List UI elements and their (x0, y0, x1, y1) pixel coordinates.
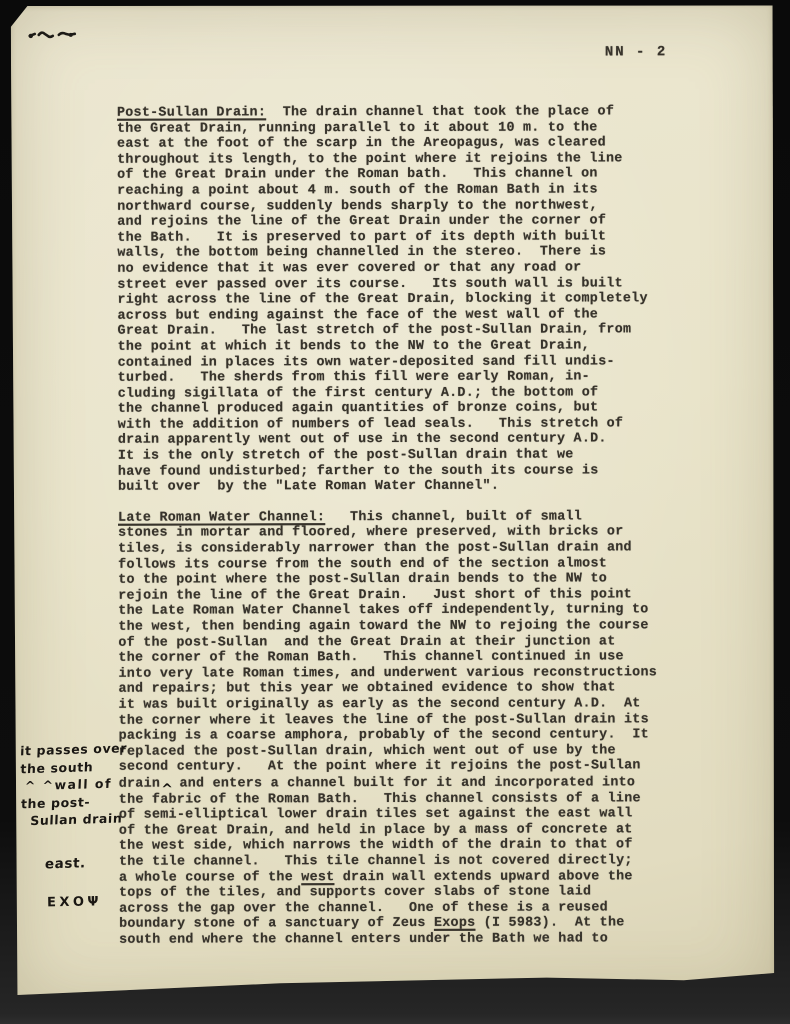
text-line: to the point where the post-Sullan drain… (118, 571, 738, 588)
page-number: NN - 2 (605, 44, 667, 60)
text-line: it was built originally as early as the … (119, 696, 739, 713)
paragraph-post-sullan-drain: Post-Sullan Drain: The drain channel tha… (117, 104, 738, 495)
margin-note-east: east. (45, 855, 87, 872)
text-line: east at the foot of the scarp in the Are… (117, 135, 737, 152)
text-line: the corner of the Roman Bath. This chann… (118, 649, 738, 666)
text-line: reaching a point about 4 m. south of the… (117, 182, 737, 199)
text-line: drain^ and enters a channel built for it… (119, 774, 739, 792)
text-line: of the post-Sullan and the Great Drain a… (118, 634, 738, 651)
text-line: across the gap over the channel. One of … (119, 900, 739, 917)
text-line: no evidence that it was ever covered or … (117, 260, 737, 277)
text-line: the tile channel. This tile channel is n… (119, 853, 739, 870)
text-line: packing is a coarse amphora, probably of… (119, 727, 739, 744)
text-line: the Late Roman Water Channel takes off i… (118, 603, 738, 620)
text-line: throughout its length, to the point wher… (117, 151, 737, 168)
text-line: the west, then bending again toward the … (118, 618, 738, 635)
document-page: NN - 2 Post-Sullan Drain: The drain chan… (11, 4, 776, 1006)
text-line: of the Great Drain, and held in place by… (119, 822, 739, 839)
text-line: have found undisturbed; farther to the s… (118, 463, 738, 480)
ink-scribble-mark (27, 26, 91, 44)
text-line: It is the only stretch of the post-Sulla… (118, 447, 738, 464)
text-line: it passes over (20, 739, 131, 760)
text-line: northward course, suddenly bends sharply… (117, 198, 737, 215)
text-line: into very late Roman times, and underwen… (118, 665, 738, 682)
text-line: cluding sigillata of the first century A… (118, 385, 738, 402)
text-line: stones in mortar and floored, where pres… (118, 525, 738, 542)
paragraph-late-roman-water-channel: Late Roman Water Channel: This channel, … (118, 509, 739, 948)
scan-background: NN - 2 Post-Sullan Drain: The drain chan… (0, 0, 790, 1024)
text-line: the Bath. It is preserved to part of its… (117, 229, 737, 246)
text-line: Late Roman Water Channel: This channel, … (118, 509, 738, 526)
text-line: tiles, is considerably narrower than the… (118, 540, 738, 557)
text-line: south end where the channel enters under… (119, 931, 739, 948)
text-line: and rejoins the line of the Great Drain … (117, 213, 737, 230)
text-line: the corner where it leaves the line of t… (119, 712, 739, 729)
text-line: Sullan drain (17, 809, 128, 830)
text-line: the west side, which narrows the width o… (119, 837, 739, 854)
text-line: across but ending against the face of th… (117, 307, 737, 324)
text-line: contained in places its own water-deposi… (118, 354, 738, 371)
text-line: tops of the tiles, and supports cover sl… (119, 884, 739, 901)
text-line: Great Drain. The last stretch of the pos… (118, 322, 738, 339)
typed-text-column: Post-Sullan Drain: The drain channel tha… (117, 104, 739, 948)
text-line: built over by the "Late Roman Water Chan… (118, 478, 738, 495)
margin-note-insertion: it passes overthe south^ ^wall ofthe pos… (17, 739, 131, 830)
text-line: with the addition of numbers of lead sea… (118, 416, 738, 433)
text-line: a whole course of the west drain wall ex… (119, 869, 739, 886)
text-line: drain apparently went out of use in the … (118, 432, 738, 449)
text-line: right across the line of the Great Drain… (117, 291, 737, 308)
text-line: replaced the post-Sullan drain, which we… (119, 743, 739, 760)
text-line: follows its course from the south end of… (118, 556, 738, 573)
text-line: the channel produced again quantities of… (118, 400, 738, 417)
text-line: the Great Drain, running parallel to it … (117, 120, 737, 137)
text-line: walls, the bottom being channelled in th… (117, 244, 737, 261)
margin-note-greek: ΕΧΟΨ (47, 894, 102, 910)
text-line: of semi-elliptical lower drain tiles set… (119, 806, 739, 823)
text-line: Post-Sullan Drain: The drain channel tha… (117, 104, 737, 121)
text-line: turbed. The sherds from this fill were e… (118, 369, 738, 386)
text-line: and repairs; but this year we obtained e… (118, 680, 738, 697)
text-line: boundary stone of a sanctuary of Zeus Ex… (119, 915, 739, 932)
text-line: second century. At the point where it re… (119, 758, 739, 775)
text-line: of the Great Drain under the Roman bath.… (117, 166, 737, 183)
insertion-caret: ^ (161, 783, 170, 799)
text-line: street ever passed over its course. Its … (117, 276, 737, 293)
text-line: the fabric of the Roman Bath. This chann… (119, 791, 739, 808)
text-line: the point at which it bends to the NW to… (118, 338, 738, 355)
